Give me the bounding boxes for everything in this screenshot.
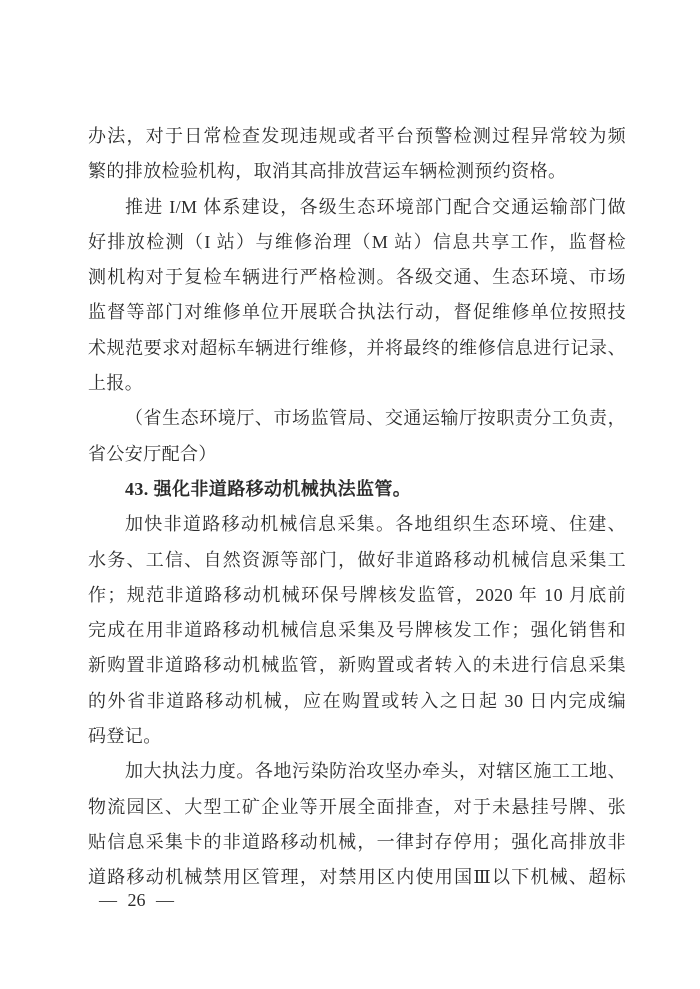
responsibility-note-line: （省生态环境厅、市场监管局、交通运输厅按职责分工负责， — [88, 401, 626, 436]
text-line: 上报。 — [88, 366, 626, 401]
text-line: 贴信息采集卡的非道路移动机械，一律封存停用；强化高排放非 — [88, 825, 626, 860]
document-page: 办法，对于日常检查发现违规或者平台预警检测过程异常较为频 繁的排放检验机构，取消… — [0, 0, 700, 989]
text-line: 码登记。 — [88, 719, 626, 754]
text-line: 水务、工信、自然资源等部门，做好非道路移动机械信息采集工 — [88, 543, 626, 578]
text-line: 的外省非道路移动机械，应在购置或转入之日起 30 日内完成编 — [88, 684, 626, 719]
text-line: 加快非道路移动机械信息采集。各地组织生态环境、住建、 — [88, 507, 626, 542]
text-line: 作；规范非道路移动机械环保号牌核发监管，2020 年 10 月底前 — [88, 578, 626, 613]
text-line: 物流园区、大型工矿企业等开展全面排查，对于未悬挂号牌、张 — [88, 790, 626, 825]
responsibility-note-line: 省公安厅配合） — [88, 437, 626, 472]
text-line: 推进 I/M 体系建设，各级生态环境部门配合交通运输部门做 — [88, 190, 626, 225]
text-line: 繁的排放检验机构，取消其高排放营运车辆检测预约资格。 — [88, 154, 626, 189]
text-line: 术规范要求对超标车辆进行维修，并将最终的维修信息进行记录、 — [88, 331, 626, 366]
text-line: 加大执法力度。各地污染防治攻坚办牵头，对辖区施工工地、 — [88, 754, 626, 789]
text-line: 办法，对于日常检查发现违规或者平台预警检测过程异常较为频 — [88, 119, 626, 154]
page-number: — 26 — — [99, 887, 174, 913]
document-body: 办法，对于日常检查发现违规或者平台预警检测过程异常较为频 繁的排放检验机构，取消… — [88, 119, 626, 896]
text-line: 新购置非道路移动机械监管，新购置或者转入的未进行信息采集 — [88, 648, 626, 683]
text-line: 好排放检测（I 站）与维修治理（M 站）信息共享工作，监督检 — [88, 225, 626, 260]
section-heading-43: 43. 强化非道路移动机械执法监管。 — [88, 472, 626, 507]
text-line: 测机构对于复检车辆进行严格检测。各级交通、生态环境、市场 — [88, 260, 626, 295]
text-line: 监督等部门对维修单位开展联合执法行动，督促维修单位按照技 — [88, 295, 626, 330]
text-line: 完成在用非道路移动机械信息采集及号牌核发工作；强化销售和 — [88, 613, 626, 648]
